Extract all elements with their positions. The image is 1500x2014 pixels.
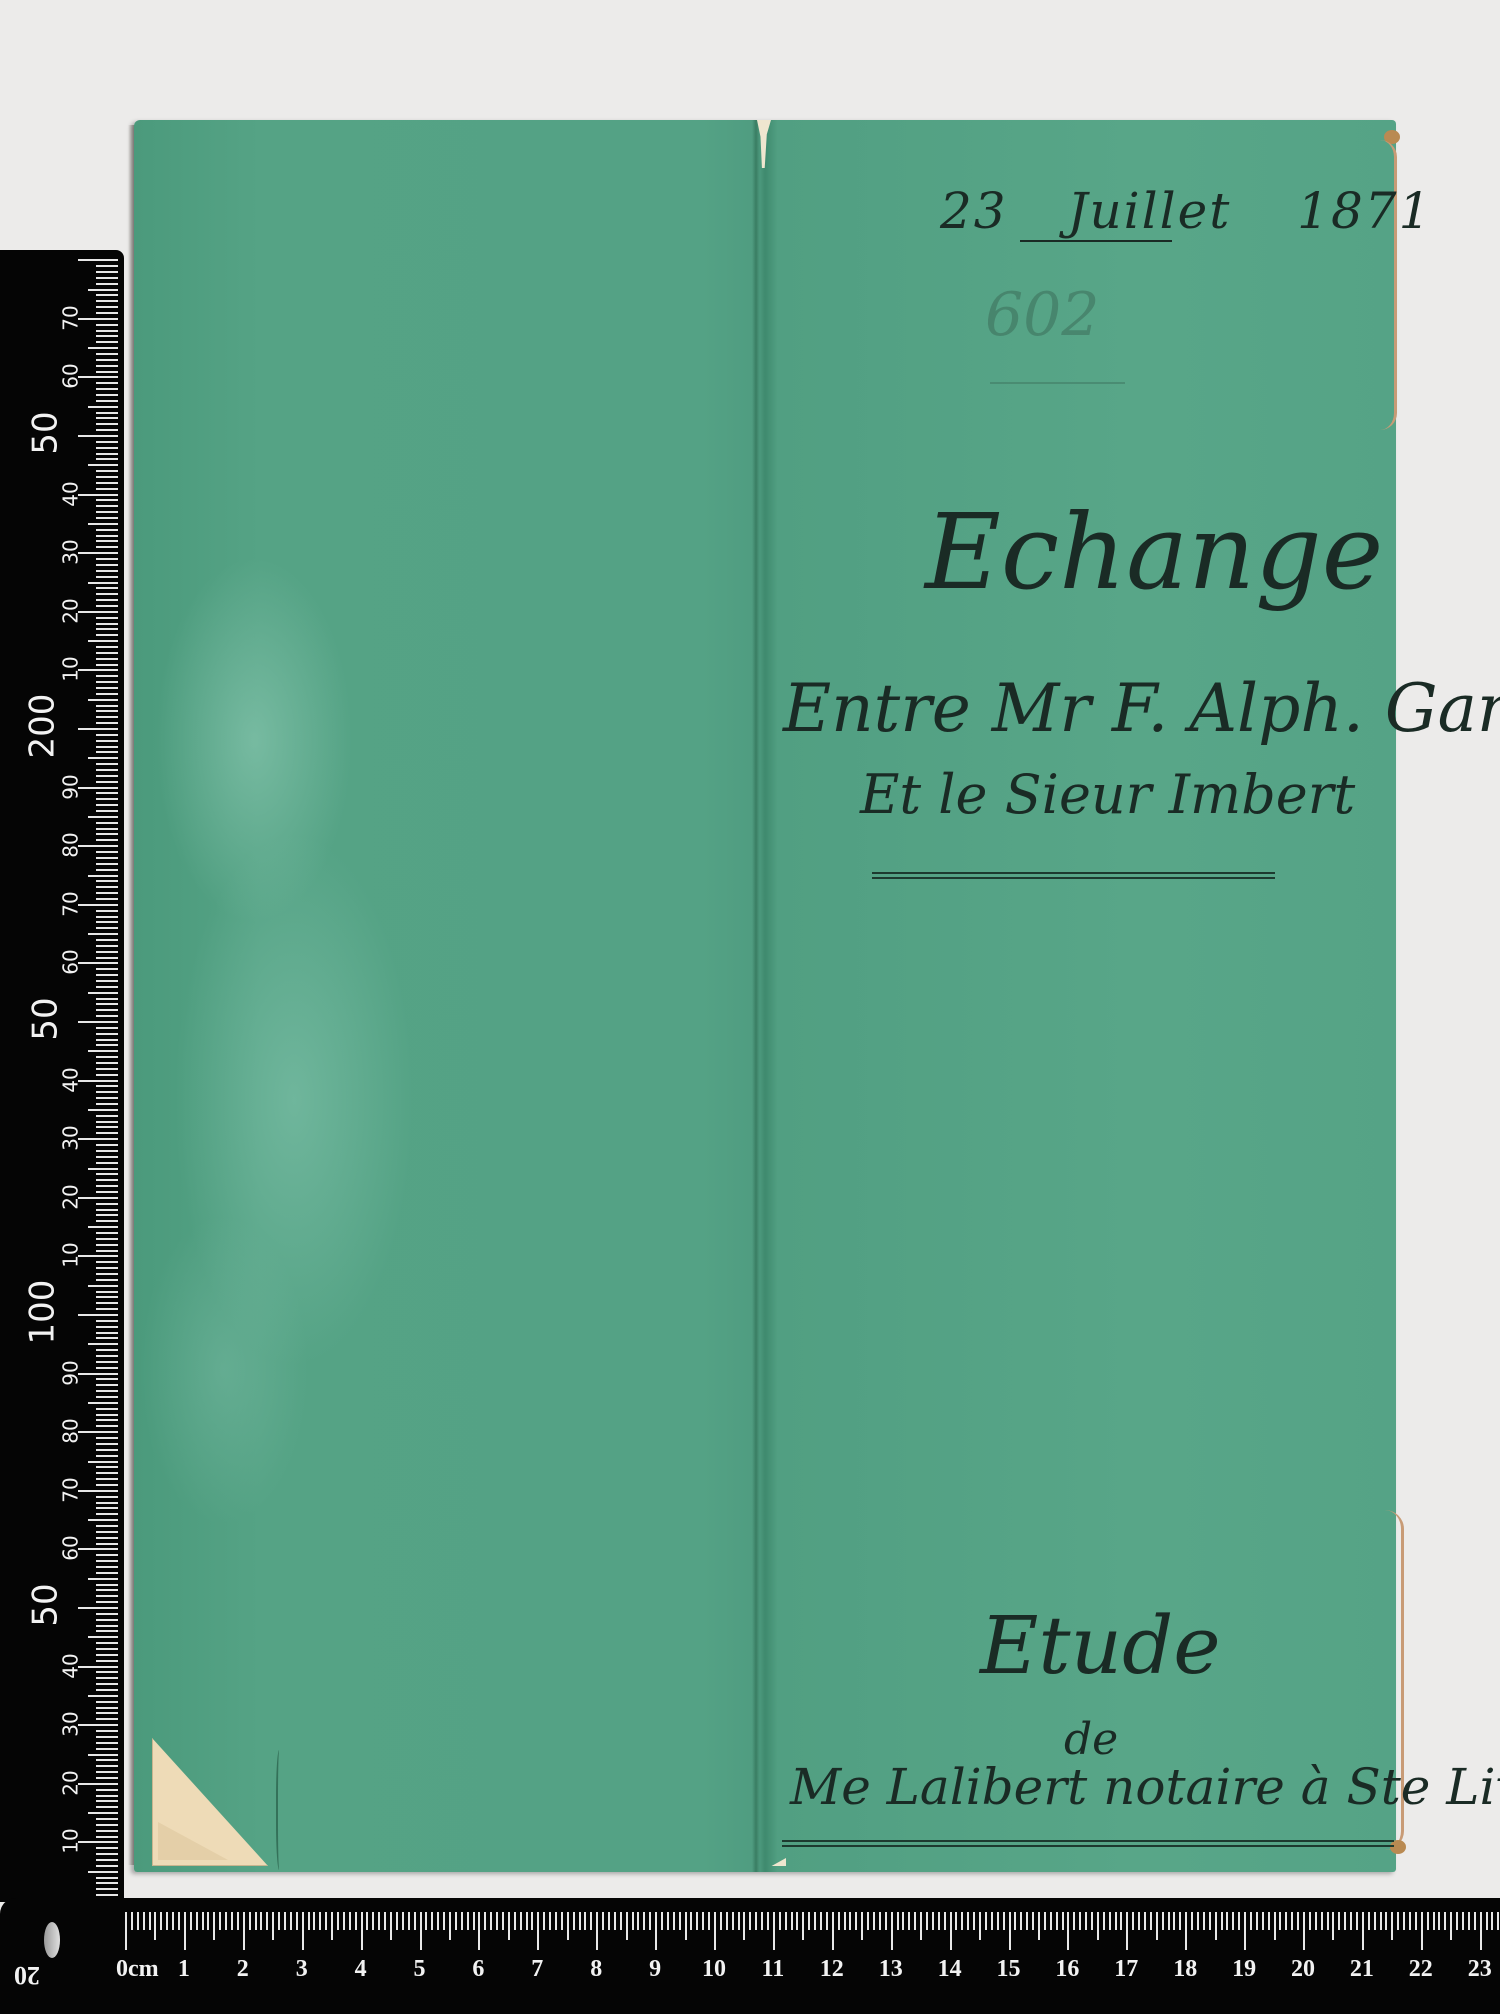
ruler-tick xyxy=(96,1502,118,1504)
ruler-tick xyxy=(96,1830,118,1832)
ruler-tick xyxy=(1250,1912,1252,1930)
ruler-tick xyxy=(902,1912,904,1930)
ruler-tick xyxy=(667,1912,669,1930)
ruler-tick xyxy=(96,1296,118,1298)
ruler-tick xyxy=(96,1396,118,1398)
ruler-major-label: 200 xyxy=(22,694,62,759)
ruler-tick xyxy=(96,1888,118,1890)
ruler-tick xyxy=(96,1836,118,1838)
ruler-tick xyxy=(1032,1912,1034,1930)
ruler-tick xyxy=(1097,1912,1099,1940)
ruler-tick xyxy=(1332,1912,1334,1940)
ruler-tick xyxy=(96,1115,118,1117)
ruler-tick xyxy=(473,1912,475,1930)
ruler-tick xyxy=(1244,1912,1246,1950)
footer-notary: Me Lalibert notaire à Ste Livrade xyxy=(790,1762,1500,1812)
ruler-tick xyxy=(96,1390,118,1392)
ruler-tick xyxy=(1056,1912,1058,1930)
ruler-tick xyxy=(96,910,118,912)
ruler-tick xyxy=(96,968,118,970)
ruler-tick xyxy=(231,1912,233,1930)
ruler-tick xyxy=(96,593,118,595)
ruler-tick xyxy=(891,1912,893,1950)
ruler-tick xyxy=(96,986,118,988)
ruler-tick xyxy=(96,517,118,519)
ruler-tick xyxy=(96,1384,118,1386)
ruler-tick xyxy=(973,1912,975,1930)
ruler-tick xyxy=(96,300,118,302)
ruler-tick xyxy=(96,751,118,753)
ruler-tick xyxy=(78,435,118,437)
ruler-tick xyxy=(88,757,118,759)
ruler-tick xyxy=(1126,1912,1128,1950)
ruler-tick xyxy=(96,482,118,484)
ruler-tick xyxy=(78,1490,118,1492)
ruler-tick xyxy=(96,1085,118,1087)
ruler-tick xyxy=(808,1912,810,1930)
ruler-tick xyxy=(402,1912,404,1930)
ruler-tick xyxy=(88,1109,118,1111)
ruler-tick xyxy=(96,400,118,402)
ruler-tick xyxy=(96,1126,118,1128)
ruler-tick xyxy=(190,1912,192,1930)
ruler-tick xyxy=(1285,1912,1287,1930)
ruler-tick xyxy=(508,1912,510,1940)
ruler-cm-label: 5 xyxy=(414,1956,426,1983)
ruler-tick xyxy=(96,734,118,736)
ruler-tick xyxy=(96,1162,118,1164)
ruler-tick xyxy=(96,974,118,976)
ruler-tick xyxy=(96,1619,118,1621)
ruler-tick xyxy=(96,1214,118,1216)
ruler-cm-label: 18 xyxy=(1173,1956,1197,1983)
ruler-tick xyxy=(96,1572,118,1574)
ruler-tick xyxy=(449,1912,451,1940)
ruler-tick xyxy=(1474,1912,1476,1930)
ruler-tick xyxy=(96,488,118,490)
ruler-tick xyxy=(343,1912,345,1930)
ruler-tick xyxy=(96,1853,118,1855)
ruler-tick xyxy=(96,1718,118,1720)
ruler-tick xyxy=(1173,1912,1175,1930)
ruler-tick xyxy=(832,1912,834,1950)
ruler-tick xyxy=(96,886,118,888)
ruler-tick xyxy=(1026,1912,1028,1930)
ruler-tick xyxy=(1103,1912,1105,1930)
ruler-tick xyxy=(96,1484,118,1486)
ruler-tick xyxy=(96,1736,118,1738)
ruler-tick xyxy=(96,546,118,548)
ruler-tick xyxy=(96,1589,118,1591)
ruler-tick xyxy=(484,1912,486,1930)
title-parties-line1: Entre Mr F. Alph. Gary xyxy=(783,676,1500,742)
ruler-tick xyxy=(96,382,118,384)
ruler-tick xyxy=(78,1255,118,1257)
ruler-tick xyxy=(96,664,118,666)
ruler-tick xyxy=(96,1191,118,1193)
ruler-tick xyxy=(1397,1912,1399,1930)
ruler-tick xyxy=(166,1912,168,1930)
ruler-tick xyxy=(96,617,118,619)
ruler-tick xyxy=(826,1912,828,1930)
ruler-tick xyxy=(96,306,118,308)
ruler-tick xyxy=(1356,1912,1358,1930)
ruler-tick xyxy=(296,1912,298,1930)
ruler-cm-label: 10 xyxy=(702,1956,726,1983)
ruler-tick xyxy=(1209,1912,1211,1930)
ruler-tick xyxy=(596,1912,598,1950)
ruler-tick xyxy=(96,839,118,841)
ruler-tick xyxy=(96,1173,118,1175)
ruler-tick xyxy=(96,1220,118,1222)
ruler-tick xyxy=(96,1349,118,1351)
ruler-tick xyxy=(78,376,118,378)
ruler-tick xyxy=(96,746,118,748)
ruler-mm-label: 60 xyxy=(59,1536,83,1561)
ruler-tick xyxy=(96,675,118,677)
ruler-tick xyxy=(1120,1912,1122,1930)
ruler-tick xyxy=(1291,1912,1293,1930)
ruler-tick xyxy=(437,1912,439,1930)
ruler-tick xyxy=(1067,1912,1069,1950)
ruler-tick xyxy=(78,787,118,789)
ruler-tick xyxy=(96,294,118,296)
ruler-tick xyxy=(96,505,118,507)
ruler-tick xyxy=(431,1912,433,1930)
ruler-tick xyxy=(96,998,118,1000)
ruler-tick xyxy=(96,792,118,794)
ruler-tick xyxy=(1421,1912,1423,1950)
ruler-cm-label: 2 xyxy=(237,1956,249,1983)
ruler-tick xyxy=(1009,1912,1011,1950)
ruler-mm-label: 20 xyxy=(59,598,83,623)
ruler-tick xyxy=(555,1912,557,1930)
ruler-tick xyxy=(96,722,118,724)
ruler-mm-label: 80 xyxy=(59,1418,83,1443)
ruler-tick xyxy=(1238,1912,1240,1930)
date-day: 23 xyxy=(940,182,1008,240)
ruler-tick xyxy=(96,1613,118,1615)
ruler-tick xyxy=(1020,1912,1022,1930)
ruler-tick xyxy=(979,1912,981,1940)
ruler-tick xyxy=(78,1021,118,1023)
ruler-tick xyxy=(78,1138,118,1140)
ruler-tick xyxy=(96,798,118,800)
ruler-tick xyxy=(96,869,118,871)
ruler-tick xyxy=(78,1314,118,1316)
ruler-tick xyxy=(88,1226,118,1228)
ruler-tick xyxy=(1403,1912,1405,1930)
ruler-tick xyxy=(249,1912,251,1930)
ruler-tick xyxy=(1268,1912,1270,1930)
ruler-tick xyxy=(96,1648,118,1650)
date-year: 1871 xyxy=(1297,182,1432,240)
ruler-tick xyxy=(755,1912,757,1930)
ruler-tick xyxy=(96,1185,118,1187)
ruler-tick xyxy=(855,1912,857,1930)
ruler-tick xyxy=(414,1912,416,1930)
ruler-tick xyxy=(78,1783,118,1785)
ruler-tick xyxy=(96,775,118,777)
ruler-tick xyxy=(96,927,118,929)
ruler-mm-label: 40 xyxy=(59,1653,83,1678)
ruler-tick xyxy=(96,1818,118,1820)
ruler-tick xyxy=(408,1912,410,1930)
ruler-tick xyxy=(96,1250,118,1252)
ruler-tick xyxy=(96,1308,118,1310)
ruler-tick xyxy=(131,1912,133,1930)
ruler-tick xyxy=(637,1912,639,1930)
ruler-tick xyxy=(702,1912,704,1930)
ruler-tick xyxy=(96,1771,118,1773)
ruler-mm-label: 10 xyxy=(59,1829,83,1854)
ruler-mm-label: 70 xyxy=(59,1477,83,1502)
ruler-cm-label: 13 xyxy=(879,1956,903,1983)
ruler-tick xyxy=(1197,1912,1199,1930)
ruler-tick xyxy=(1091,1912,1093,1930)
ruler-tick xyxy=(384,1912,386,1930)
ruler-tick xyxy=(313,1912,315,1930)
ruler-tick xyxy=(1168,1912,1170,1930)
ruler-tick xyxy=(361,1912,363,1950)
ruler-tick xyxy=(78,1373,118,1375)
ruler-tick xyxy=(96,740,118,742)
title-double-rule xyxy=(872,872,1275,879)
ruler-tick xyxy=(96,476,118,478)
ruler-tick xyxy=(78,1080,118,1082)
ruler-tick xyxy=(96,1003,118,1005)
ruler-tick xyxy=(1321,1912,1323,1930)
ruler-tick xyxy=(96,599,118,601)
ruler-tick xyxy=(96,423,118,425)
ruler-tick xyxy=(96,1097,118,1099)
ruler-tick xyxy=(96,1261,118,1263)
ruler-tick xyxy=(961,1912,963,1930)
ruler-tick xyxy=(779,1912,781,1930)
ruler-tick xyxy=(96,1150,118,1152)
ruler-tick xyxy=(96,1209,118,1211)
ruler-tick xyxy=(396,1912,398,1930)
document-date: 23 Juillet 1871 xyxy=(940,186,1432,236)
ruler-tick xyxy=(96,324,118,326)
ruler-mm-label: 10 xyxy=(59,657,83,682)
ruler-tick xyxy=(537,1912,539,1950)
ruler-tick xyxy=(96,1865,118,1867)
ruler-tick xyxy=(96,1712,118,1714)
ruler-tick xyxy=(579,1912,581,1930)
ruler-tick xyxy=(96,1361,118,1363)
ruler-cm-label: 7 xyxy=(531,1956,543,1983)
ruler-tick xyxy=(96,1859,118,1861)
ruler-cm-label: 9 xyxy=(649,1956,661,1983)
ruler-tick xyxy=(584,1912,586,1930)
ruler-tick xyxy=(96,1332,118,1334)
ruler-tick xyxy=(96,863,118,865)
ruler-tick xyxy=(96,359,118,361)
ruler-mm-label: 30 xyxy=(59,539,83,564)
ruler-tick xyxy=(1444,1912,1446,1930)
ruler-tick xyxy=(590,1912,592,1930)
ruler-tick xyxy=(502,1912,504,1930)
ruler-tick xyxy=(96,605,118,607)
ruler-tick xyxy=(1480,1912,1482,1950)
footer-de: de xyxy=(1064,1718,1118,1762)
ruler-tick xyxy=(1486,1912,1488,1930)
ruler-tick xyxy=(78,962,118,964)
ruler-tick xyxy=(690,1912,692,1930)
ruler-tick xyxy=(96,945,118,947)
ruler-tick xyxy=(96,453,118,455)
ruler-tick xyxy=(266,1912,268,1930)
ruler-tick xyxy=(290,1912,292,1930)
center-fold-crease xyxy=(752,120,760,1872)
ruler-tick xyxy=(96,1660,118,1662)
ruler-tick xyxy=(207,1912,209,1930)
ruler-tick xyxy=(196,1912,198,1930)
ruler-corner-label: 20 xyxy=(14,1960,40,1990)
ruler-tick xyxy=(96,1777,118,1779)
ruler-tick xyxy=(96,283,118,285)
ruler-tick xyxy=(96,1595,118,1597)
title-heading: Echange xyxy=(925,500,1383,604)
ruler-tick xyxy=(1132,1912,1134,1930)
ruler-tick xyxy=(96,1566,118,1568)
ruler-tick xyxy=(88,1871,118,1873)
ruler-tick xyxy=(88,1285,118,1287)
ruler-mm-label: 20 xyxy=(59,1184,83,1209)
ruler-tick xyxy=(478,1912,480,1950)
ruler-tick xyxy=(96,1654,118,1656)
ruler-tick xyxy=(714,1912,716,1950)
ruler-tick xyxy=(184,1912,186,1950)
ruler-tick xyxy=(96,781,118,783)
ruler-mm-label: 10 xyxy=(59,1243,83,1268)
ruler-tick xyxy=(96,1355,118,1357)
ruler-tick xyxy=(944,1912,946,1930)
ruler-cm-label: 19 xyxy=(1232,1956,1256,1983)
ruler-tick xyxy=(96,1056,118,1058)
ruler-tick xyxy=(88,1050,118,1052)
ruler-tick xyxy=(96,628,118,630)
ruler-tick xyxy=(950,1912,952,1950)
ruler-tick xyxy=(78,1197,118,1199)
ruler-mm-label: 60 xyxy=(59,364,83,389)
ruler-tick xyxy=(96,1882,118,1884)
horizontal-ruler: 1234567891011121314151617181920212223 0c… xyxy=(0,1898,1500,2014)
ruler-tick xyxy=(461,1912,463,1930)
ruler-tick xyxy=(88,1812,118,1814)
ruler-tick xyxy=(96,511,118,513)
ruler-tick xyxy=(1409,1912,1411,1930)
ruler-tick xyxy=(96,1156,118,1158)
ruler-tick xyxy=(879,1912,881,1930)
ruler-tick xyxy=(96,1507,118,1509)
ruler-tick xyxy=(96,705,118,707)
ruler-tick xyxy=(88,1578,118,1580)
ruler-tick xyxy=(88,933,118,935)
ruler-tick xyxy=(137,1912,139,1930)
ruler-major-label: 50 xyxy=(26,1583,66,1626)
ruler-tick xyxy=(96,634,118,636)
ruler-tick xyxy=(567,1912,569,1940)
ruler-tick xyxy=(96,1806,118,1808)
ruler-tick xyxy=(1491,1912,1493,1930)
ruler-tick xyxy=(96,458,118,460)
ruler-cm-label: 20 xyxy=(1291,1956,1315,1983)
footer-double-rule xyxy=(782,1840,1394,1847)
ruler-tick xyxy=(96,394,118,396)
ruler-major-label: 50 xyxy=(26,411,66,454)
ruler-tick xyxy=(1309,1912,1311,1930)
ruler-tick xyxy=(96,1525,118,1527)
ruler-tick xyxy=(366,1912,368,1930)
pencil-underline xyxy=(990,382,1125,384)
ruler-tick xyxy=(96,265,118,267)
ruler-tick xyxy=(172,1912,174,1930)
ruler-tick xyxy=(96,939,118,941)
ruler-tick xyxy=(88,1636,118,1638)
ruler-tick xyxy=(643,1912,645,1930)
ruler-tick xyxy=(96,1730,118,1732)
ruler-tick xyxy=(814,1912,816,1930)
ruler-tick xyxy=(96,1449,118,1451)
ruler-tick xyxy=(96,1683,118,1685)
ruler-tick xyxy=(838,1912,840,1930)
ruler-tick xyxy=(96,1560,118,1562)
ruler-tick xyxy=(96,1238,118,1240)
ruler-tick xyxy=(1456,1912,1458,1930)
ruler-tick xyxy=(96,1531,118,1533)
ruler-tick xyxy=(1262,1912,1264,1930)
ruler-tick xyxy=(78,1841,118,1843)
ruler-tick xyxy=(1156,1912,1158,1940)
ruler-tick xyxy=(88,816,118,818)
vertical-ruler: 7060504030201020090807060504030201010090… xyxy=(0,250,124,1902)
ruler-tick xyxy=(88,699,118,701)
ruler-tick xyxy=(96,1642,118,1644)
ruler-tick xyxy=(96,769,118,771)
ruler-tick xyxy=(96,1132,118,1134)
ruler-tick xyxy=(78,1666,118,1668)
ruler-tick xyxy=(96,957,118,959)
ruler-tick xyxy=(791,1912,793,1930)
ruler-tick xyxy=(1303,1912,1305,1950)
ruler-tick xyxy=(1368,1912,1370,1930)
ruler-tick xyxy=(96,1027,118,1029)
ruler-mm-label: 30 xyxy=(59,1125,83,1150)
ruler-tick xyxy=(1297,1912,1299,1930)
ruler-cm-label: 23 xyxy=(1468,1956,1492,1983)
ruler-tick xyxy=(96,1455,118,1457)
ruler-tick xyxy=(849,1912,851,1930)
ruler-tick xyxy=(88,1402,118,1404)
ruler-tick xyxy=(1115,1912,1117,1930)
ruler-tick xyxy=(96,892,118,894)
ruler-tick xyxy=(96,1894,118,1896)
footer-etude: Etude xyxy=(980,1606,1221,1686)
ruler-tick xyxy=(96,1601,118,1603)
ruler-tick xyxy=(96,330,118,332)
ruler-tick xyxy=(149,1912,151,1930)
ruler-tick xyxy=(1150,1912,1152,1930)
ruler-tick xyxy=(96,1554,118,1556)
ruler-tick xyxy=(96,851,118,853)
ruler-mm-label: 40 xyxy=(59,481,83,506)
ruler-tick xyxy=(96,921,118,923)
ruler-tick xyxy=(331,1912,333,1940)
ruler-tick xyxy=(1256,1912,1258,1930)
ruler-tick xyxy=(88,1343,118,1345)
